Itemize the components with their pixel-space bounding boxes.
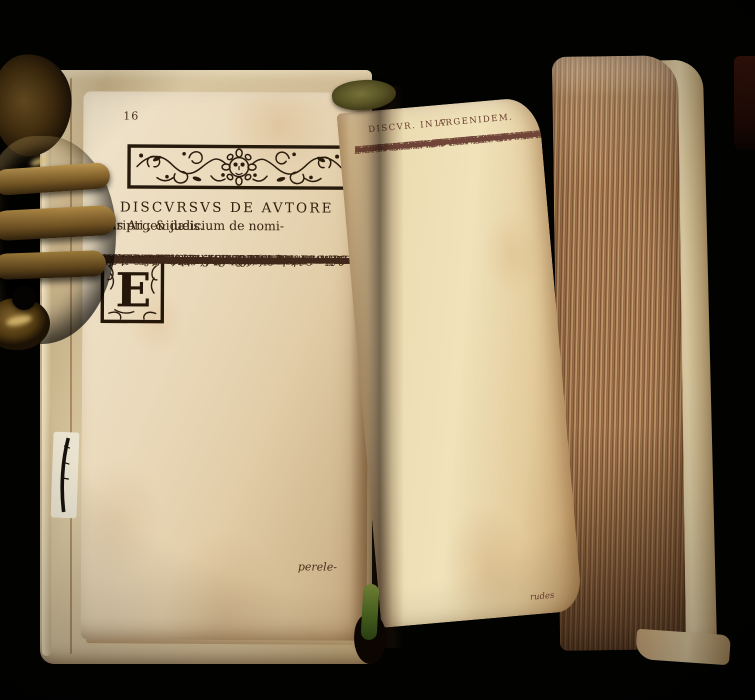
dark-edge-object [734, 56, 755, 150]
chapter-title: DISCVRSVS DE AVTORE [101, 199, 353, 216]
headpiece-ornament [127, 143, 351, 190]
running-title-row: DISCVR. IN ARGENIDEM. 17 [353, 111, 528, 126]
chapter-subtitle: Scripti , & judicium de nomi-bus Argenid… [101, 217, 353, 218]
brass-hole [12, 286, 36, 310]
right-page-number: 17 [433, 118, 448, 129]
left-page-number: 16 [123, 109, 139, 122]
left-page: 16 [81, 91, 370, 640]
photo-of-antique-book: 16 [0, 0, 755, 700]
right-cover-corner [635, 629, 731, 665]
right-catchword: rudes [395, 591, 555, 615]
left-catchword: perele- [99, 559, 337, 573]
right-page-content: DISCVR. IN ARGENIDEM. 17 perlegantis man… [337, 96, 583, 628]
drop-cap-letter: E [115, 263, 151, 318]
left-page-body: E Vphormionem & Argenidem àBarclaio habe… [101, 253, 355, 254]
mask-face-icon [229, 158, 248, 177]
green-ribbon-marker [361, 584, 380, 641]
right-page: DISCVR. IN ARGENIDEM. 17 perlegantis man… [337, 96, 583, 628]
left-page-content: 16 [81, 91, 370, 640]
subtitle-line: bus Argenidæis. [101, 217, 204, 234]
brass-ridge [0, 250, 106, 280]
text-line: hujus ſcripti eſt Guilielmus Barclaius. … [101, 253, 377, 267]
paper-slip-label [51, 432, 80, 519]
